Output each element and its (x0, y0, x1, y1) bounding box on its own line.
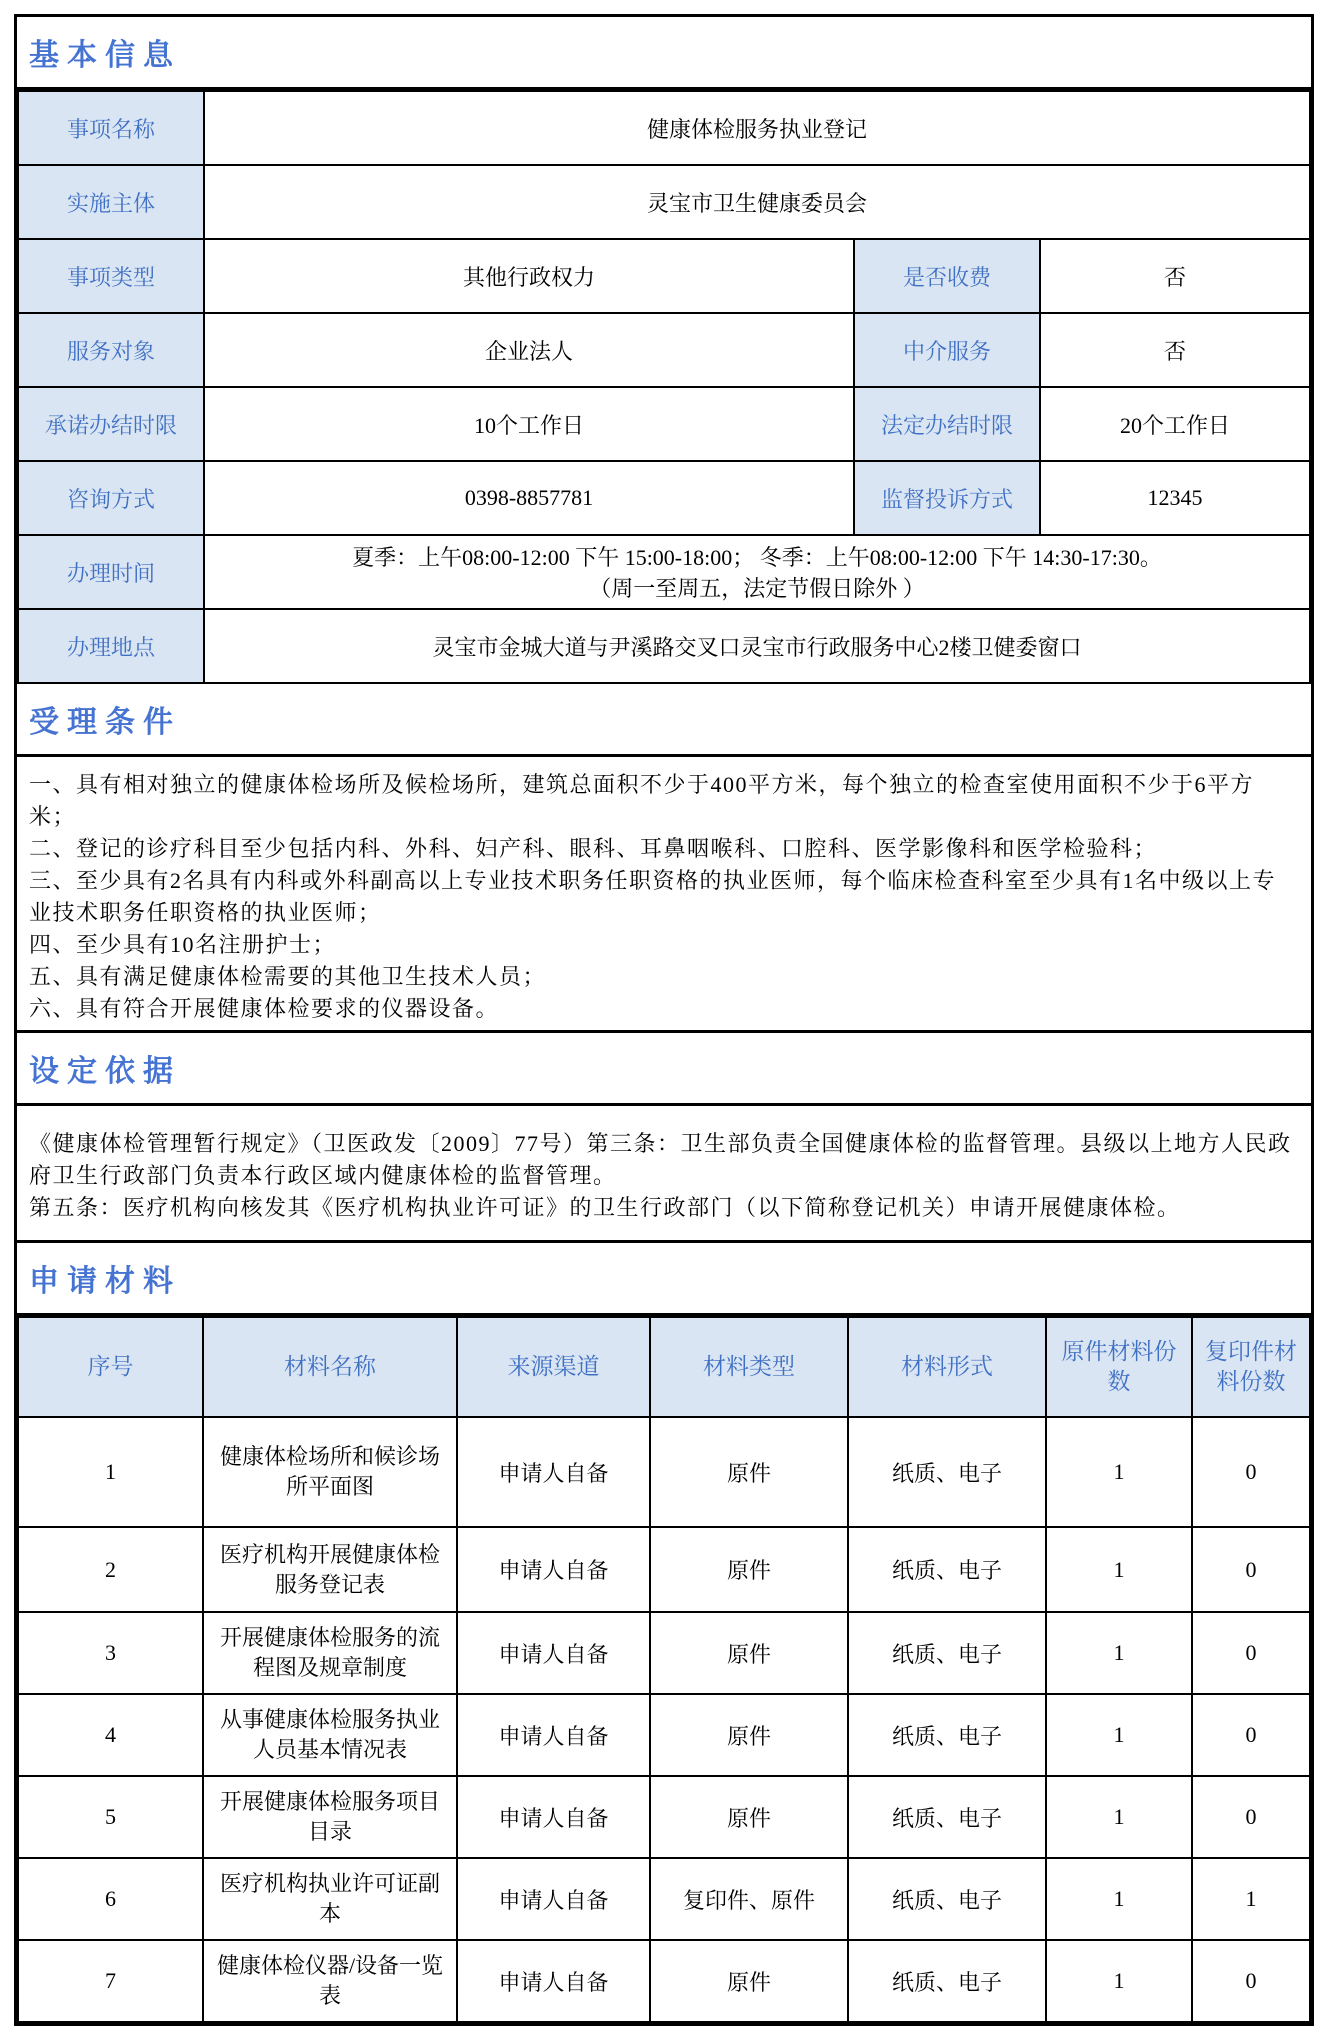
table-row: 4 从事健康体检服务执业人员基本情况表 申请人自备 原件 纸质、电子 1 0 (18, 1694, 1310, 1776)
material-form: 纸质、电子 (848, 1527, 1046, 1612)
materials-header-row: 序号 材料名称 来源渠道 材料类型 材料形式 原件材料份数 复印件材料份数 (18, 1317, 1310, 1417)
field-value: 灵宝市卫生健康委员会 (204, 165, 1310, 239)
header-cell: 原件材料份数 (1046, 1317, 1192, 1417)
material-type: 原件 (650, 1940, 848, 2022)
table-row: 事项类型 其他行政权力 是否收费 否 (18, 239, 1310, 313)
field-label: 办理时间 (18, 535, 204, 609)
field-value: 健康体检服务执业登记 (204, 91, 1310, 165)
material-name: 健康体检仪器/设备一览表 (203, 1940, 457, 2022)
section-materials-title: 申请材料 (17, 1243, 1311, 1316)
basic-info-table: 事项名称 健康体检服务执业登记 实施主体 灵宝市卫生健康委员会 事项类型 其他行… (17, 90, 1311, 684)
material-type: 原件 (650, 1694, 848, 1776)
field-label: 承诺办结时限 (18, 387, 204, 461)
field-label: 实施主体 (18, 165, 204, 239)
material-form: 纸质、电子 (848, 1940, 1046, 2022)
section-title-text: 设定依据 (29, 1046, 181, 1090)
material-name: 开展健康体检服务项目目录 (203, 1776, 457, 1858)
material-type: 原件 (650, 1417, 848, 1527)
material-type: 复印件、原件 (650, 1858, 848, 1940)
field-label: 法定办结时限 (854, 387, 1040, 461)
header-cell: 材料名称 (203, 1317, 457, 1417)
material-copy-count: 0 (1192, 1612, 1310, 1694)
material-original-count: 1 (1046, 1527, 1192, 1612)
service-item-document: 基本信息 事项名称 健康体检服务执业登记 实施主体 灵宝市卫生健康委员会 事项类… (14, 14, 1314, 2026)
material-no: 4 (18, 1694, 203, 1776)
condition-item: 六、具有符合开展健康体检要求的仪器设备。 (29, 993, 1299, 1025)
material-no: 2 (18, 1527, 203, 1612)
condition-item: 一、具有相对独立的健康体检场所及候检场所，建筑总面积不少于400平方米，每个独立… (29, 769, 1299, 833)
table-row: 3 开展健康体检服务的流程图及规章制度 申请人自备 原件 纸质、电子 1 0 (18, 1612, 1310, 1694)
field-value: 企业法人 (204, 313, 854, 387)
material-original-count: 1 (1046, 1858, 1192, 1940)
material-no: 6 (18, 1858, 203, 1940)
field-value: 10个工作日 (204, 387, 854, 461)
field-label: 办理地点 (18, 609, 204, 683)
material-source: 申请人自备 (457, 1776, 650, 1858)
table-row: 承诺办结时限 10个工作日 法定办结时限 20个工作日 (18, 387, 1310, 461)
material-source: 申请人自备 (457, 1940, 650, 2022)
basis-paragraph: 《健康体检管理暂行规定》（卫医政发〔2009〕77号）第三条：卫生部负责全国健康… (29, 1128, 1299, 1192)
header-cell: 材料类型 (650, 1317, 848, 1417)
material-copy-count: 0 (1192, 1940, 1310, 2022)
section-basic-info-title: 基本信息 (17, 17, 1311, 90)
material-source: 申请人自备 (457, 1858, 650, 1940)
header-cell: 序号 (18, 1317, 203, 1417)
material-source: 申请人自备 (457, 1527, 650, 1612)
table-row: 咨询方式 0398-8857781 监督投诉方式 12345 (18, 461, 1310, 535)
table-row: 办理时间 夏季：上午08:00-12:00 下午 15:00-18:00； 冬季… (18, 535, 1310, 609)
section-basis-title: 设定依据 (17, 1033, 1311, 1106)
field-label: 监督投诉方式 (854, 461, 1040, 535)
material-copy-count: 0 (1192, 1417, 1310, 1527)
material-form: 纸质、电子 (848, 1858, 1046, 1940)
table-row: 办理地点 灵宝市金城大道与尹溪路交叉口灵宝市行政服务中心2楼卫健委窗口 (18, 609, 1310, 683)
field-value: 其他行政权力 (204, 239, 854, 313)
material-original-count: 1 (1046, 1694, 1192, 1776)
material-name: 从事健康体检服务执业人员基本情况表 (203, 1694, 457, 1776)
field-value: 20个工作日 (1040, 387, 1310, 461)
material-type: 原件 (650, 1776, 848, 1858)
material-form: 纸质、电子 (848, 1776, 1046, 1858)
field-value: 否 (1040, 239, 1310, 313)
field-value: 12345 (1040, 461, 1310, 535)
section-title-text: 受理条件 (29, 697, 181, 741)
material-source: 申请人自备 (457, 1694, 650, 1776)
material-original-count: 1 (1046, 1612, 1192, 1694)
table-row: 1 健康体检场所和候诊场所平面图 申请人自备 原件 纸质、电子 1 0 (18, 1417, 1310, 1527)
material-copy-count: 0 (1192, 1776, 1310, 1858)
table-row: 7 健康体检仪器/设备一览表 申请人自备 原件 纸质、电子 1 0 (18, 1940, 1310, 2022)
materials-table: 序号 材料名称 来源渠道 材料类型 材料形式 原件材料份数 复印件材料份数 1 … (17, 1316, 1311, 2023)
material-no: 3 (18, 1612, 203, 1694)
condition-item: 四、至少具有10名注册护士； (29, 929, 1299, 961)
field-label: 咨询方式 (18, 461, 204, 535)
office-hours-note: （周一至周五，法定节假日除外 ） (211, 572, 1303, 603)
table-row: 实施主体 灵宝市卫生健康委员会 (18, 165, 1310, 239)
field-label: 事项类型 (18, 239, 204, 313)
material-form: 纸质、电子 (848, 1694, 1046, 1776)
field-value: 0398-8857781 (204, 461, 854, 535)
header-cell: 来源渠道 (457, 1317, 650, 1417)
condition-item: 五、具有满足健康体检需要的其他卫生技术人员； (29, 961, 1299, 993)
material-name: 健康体检场所和候诊场所平面图 (203, 1417, 457, 1527)
material-type: 原件 (650, 1527, 848, 1612)
section-conditions-title: 受理条件 (17, 684, 1311, 757)
material-copy-count: 0 (1192, 1694, 1310, 1776)
field-value: 灵宝市金城大道与尹溪路交叉口灵宝市行政服务中心2楼卫健委窗口 (204, 609, 1310, 683)
office-hours-main: 夏季：上午08:00-12:00 下午 15:00-18:00； 冬季：上午08… (211, 541, 1303, 572)
header-cell: 复印件材料份数 (1192, 1317, 1310, 1417)
material-original-count: 1 (1046, 1776, 1192, 1858)
material-no: 5 (18, 1776, 203, 1858)
condition-item: 三、至少具有2名具有内科或外科副高以上专业技术职务任职资格的执业医师，每个临床检… (29, 865, 1299, 929)
basis-paragraph: 第五条：医疗机构向核发其《医疗机构执业许可证》的卫生行政部门（以下简称登记机关）… (29, 1192, 1299, 1224)
table-row: 5 开展健康体检服务项目目录 申请人自备 原件 纸质、电子 1 0 (18, 1776, 1310, 1858)
material-name: 开展健康体检服务的流程图及规章制度 (203, 1612, 457, 1694)
conditions-text: 一、具有相对独立的健康体检场所及候检场所，建筑总面积不少于400平方米，每个独立… (17, 757, 1311, 1033)
field-value: 否 (1040, 313, 1310, 387)
material-original-count: 1 (1046, 1417, 1192, 1527)
table-row: 6 医疗机构执业许可证副本 申请人自备 复印件、原件 纸质、电子 1 1 (18, 1858, 1310, 1940)
material-name: 医疗机构执业许可证副本 (203, 1858, 457, 1940)
material-no: 1 (18, 1417, 203, 1527)
field-value: 夏季：上午08:00-12:00 下午 15:00-18:00； 冬季：上午08… (204, 535, 1310, 609)
field-label: 是否收费 (854, 239, 1040, 313)
material-no: 7 (18, 1940, 203, 2022)
table-row: 服务对象 企业法人 中介服务 否 (18, 313, 1310, 387)
field-label: 中介服务 (854, 313, 1040, 387)
field-label: 服务对象 (18, 313, 204, 387)
material-type: 原件 (650, 1612, 848, 1694)
material-copy-count: 0 (1192, 1527, 1310, 1612)
section-title-text: 申请材料 (29, 1256, 181, 1300)
material-copy-count: 1 (1192, 1858, 1310, 1940)
material-source: 申请人自备 (457, 1612, 650, 1694)
table-row: 2 医疗机构开展健康体检服务登记表 申请人自备 原件 纸质、电子 1 0 (18, 1527, 1310, 1612)
field-label: 事项名称 (18, 91, 204, 165)
material-form: 纸质、电子 (848, 1612, 1046, 1694)
basis-text: 《健康体检管理暂行规定》（卫医政发〔2009〕77号）第三条：卫生部负责全国健康… (17, 1106, 1311, 1243)
material-source: 申请人自备 (457, 1417, 650, 1527)
condition-item: 二、登记的诊疗科目至少包括内科、外科、妇产科、眼科、耳鼻咽喉科、口腔科、医学影像… (29, 833, 1299, 865)
table-row: 事项名称 健康体检服务执业登记 (18, 91, 1310, 165)
material-form: 纸质、电子 (848, 1417, 1046, 1527)
material-original-count: 1 (1046, 1940, 1192, 2022)
material-name: 医疗机构开展健康体检服务登记表 (203, 1527, 457, 1612)
header-cell: 材料形式 (848, 1317, 1046, 1417)
section-title-text: 基本信息 (29, 30, 181, 74)
